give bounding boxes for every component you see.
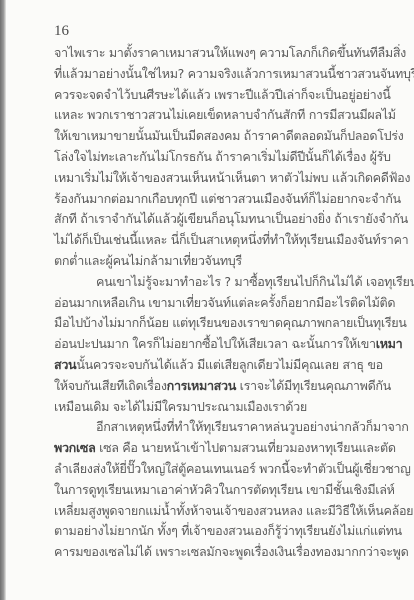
text-line: เหมือนเดิม จะได้ไม่มีใครมาประณามเมืองเรา… (54, 397, 366, 418)
text-line: โล่งใจไม่ทะเลาะกันไม่โกรธกัน ถ้าราคาเริ่… (54, 147, 366, 168)
text-line: ร้องกันมากต่อมากเกือบทุกปี แต่ชาวสวนเมือ… (54, 189, 366, 210)
bold-term: สวน (54, 357, 76, 372)
bold-term: การเหมาสวน (167, 378, 236, 393)
text-segment: ในการดูทุเรียนเหมาเอาค่าหัวคิวในการตัดทุ… (54, 482, 395, 497)
text-line: มือไปบ้างไม่มากก็น้อย แต่ทุเรียนของเราขา… (54, 313, 366, 334)
text-line: พวกเซล เซล คือ นายหน้าเข้าไปตามสวนเที่ยว… (54, 438, 366, 459)
text-segment: ไม่ได้ก็เป็นเช่นนี้แหละ นี่ก็เป็นสาเหตุห… (54, 232, 408, 247)
book-page: 16 จาไพเราะ มาตั้งราคาเหมาสวนให้แพงๆ ควา… (54, 22, 366, 563)
text-line: สักที ถ้าเราจำกันได้แล้วผู้เขียนก็อนุโมท… (54, 209, 366, 230)
text-segment: เหมือนเดิม จะได้ไม่มีใครมาประณามเมืองเรา… (54, 399, 307, 414)
text-line: อ่อนปะปนมาก ใครก็ไม่อยากซื้อไปให้เสียเวล… (54, 334, 366, 355)
bold-term: เหมา (376, 336, 403, 351)
text-segment: แหละ พวกเราชาวสวนไม่เคยเข็ดหลาบจำกันสักท… (54, 107, 396, 122)
text-line: เหลี่ยมสูงพูดจายกแม่น้ำทั้งห้าจนเจ้าของส… (54, 501, 366, 522)
text-segment: เหลี่ยมสูงพูดจายกแม่น้ำทั้งห้าจนเจ้าของส… (54, 503, 413, 518)
text-line: ให้เขาเหมาขายนั้นมันเป็นมีดสองคม ถ้าราคา… (54, 126, 366, 147)
text-segment: เหมาเริ่มไม่ให้เจ้าของสวนเห็นหน้าเห็นตา … (54, 170, 410, 185)
text-segment: ตกต่ำและผู้คนไม่กล้ามาเที่ยวจันทบุรี (54, 253, 242, 268)
text-line: อ่อนมากเหลือเกิน เขามาเที่ยวจันท์แต่ละคร… (54, 293, 366, 314)
text-segment: คารมของเซลไม่ได้ เพราะเซลมักจะพูดเรื่องเ… (54, 544, 408, 559)
text-segment: เซล คือ นายหน้าเข้าไปตามสวนเที่ยวมองหาทุ… (95, 440, 395, 455)
text-segment: โล่งใจไม่ทะเลาะกันไม่โกรธกัน ถ้าราคาเริ่… (54, 149, 391, 164)
text-segment: นั้นควรจะจบกันได้แล้ว มีแต่เสียลูกเดียวไ… (76, 357, 383, 372)
text-line: ในการดูทุเรียนเหมาเอาค่าหัวคิวในการตัดทุ… (54, 480, 366, 501)
text-line: จาไพเราะ มาตั้งราคาเหมาสวนให้แพงๆ ความโล… (54, 43, 366, 64)
body-text: จาไพเราะ มาตั้งราคาเหมาสวนให้แพงๆ ความโล… (54, 43, 366, 563)
text-segment: ให้จบกันเสียทีเถิดเรื่อง (54, 378, 167, 393)
text-line: ไม่ได้ก็เป็นเช่นนี้แหละ นี่ก็เป็นสาเหตุห… (54, 230, 366, 251)
text-segment: เราจะได้มีทุเรียนคุณภาพดีกัน (236, 378, 391, 393)
text-line: แหละ พวกเราชาวสวนไม่เคยเข็ดหลาบจำกันสักท… (54, 105, 366, 126)
text-segment: ลำเลียงส่งให้ยี่ปั๊วใหญ่ใส่ตู้คอนเทนเนอร… (54, 461, 411, 476)
book-binding-edge (0, 0, 6, 600)
text-segment: ให้เขาเหมาขายนั้นมันเป็นมีดสองคม ถ้าราคา… (54, 128, 403, 143)
text-segment: สักที ถ้าเราจำกันได้แล้วผู้เขียนก็อนุโมท… (54, 211, 408, 226)
text-line: ตามอย่างไม่ยากนัก ทั้งๆ ที่เจ้าของสวนเอง… (54, 521, 366, 542)
text-segment: อีกสาเหตุหนึ่งที่ทำให้ทุเรียนราคาหล่นวูบ… (96, 419, 409, 434)
text-segment: ควรจะจดจำไว้บนศีรษะได้แล้ว เพราะปีแล้วปี… (54, 87, 390, 102)
text-segment: คนเขาไม่รู้จะมาทำอะไร ? มาซื้อทุเรียนไปก… (96, 274, 414, 289)
text-segment: จาไพเราะ มาตั้งราคาเหมาสวนให้แพงๆ ความโล… (54, 45, 406, 60)
text-line: ลำเลียงส่งให้ยี่ปั๊วใหญ่ใส่ตู้คอนเทนเนอร… (54, 459, 366, 480)
text-line: คารมของเซลไม่ได้ เพราะเซลมักจะพูดเรื่องเ… (54, 542, 366, 563)
text-segment: ร้องกันมากต่อมากเกือบทุกปี แต่ชาวสวนเมือ… (54, 191, 401, 206)
text-segment: อ่อนมากเหลือเกิน เขามาเที่ยวจันท์แต่ละคร… (54, 295, 395, 310)
bold-term: พวกเซล (54, 440, 95, 455)
text-segment: ที่แล้วมาอย่างนั้นใช่ไหม? ความจริงแล้วกา… (54, 66, 414, 81)
text-line: ให้จบกันเสียทีเถิดเรื่องการเหมาสวน เราจะ… (54, 376, 366, 397)
text-line: ควรจะจดจำไว้บนศีรษะได้แล้ว เพราะปีแล้วปี… (54, 85, 366, 106)
text-line: คนเขาไม่รู้จะมาทำอะไร ? มาซื้อทุเรียนไปก… (54, 272, 366, 293)
text-line: ตกต่ำและผู้คนไม่กล้ามาเที่ยวจันทบุรี (54, 251, 366, 272)
text-line: เหมาเริ่มไม่ให้เจ้าของสวนเห็นหน้าเห็นตา … (54, 168, 366, 189)
text-segment: ตามอย่างไม่ยากนัก ทั้งๆ ที่เจ้าของสวนเอง… (54, 523, 402, 538)
text-segment: อ่อนปะปนมาก ใครก็ไม่อยากซื้อไปให้เสียเวล… (54, 336, 376, 351)
text-line: ที่แล้วมาอย่างนั้นใช่ไหม? ความจริงแล้วกา… (54, 64, 366, 85)
page-number: 16 (54, 22, 366, 40)
text-segment: มือไปบ้างไม่มากก็น้อย แต่ทุเรียนของเราขา… (54, 315, 407, 330)
text-line: อีกสาเหตุหนึ่งที่ทำให้ทุเรียนราคาหล่นวูบ… (54, 417, 366, 438)
text-line: สวนนั้นควรจะจบกันได้แล้ว มีแต่เสียลูกเดี… (54, 355, 366, 376)
